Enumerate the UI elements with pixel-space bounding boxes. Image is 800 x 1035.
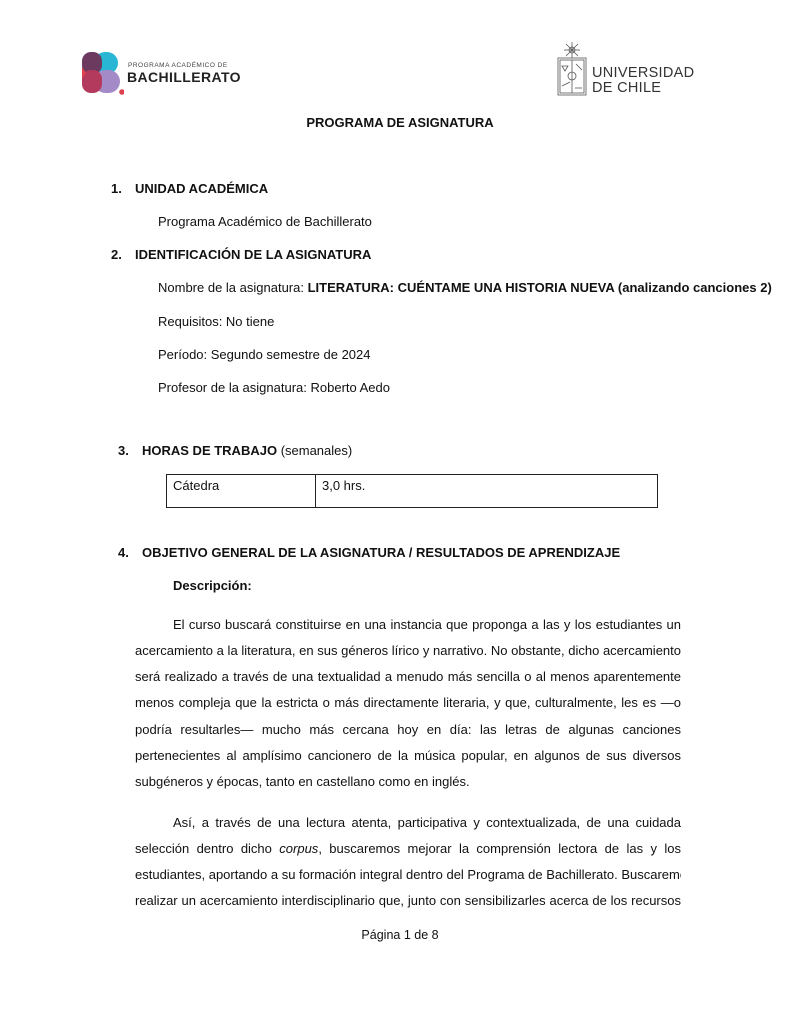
- table-row: Cátedra 3,0 hrs.: [167, 475, 658, 508]
- description-subheading: Descripción:: [173, 578, 252, 593]
- paragraph-1-line: subgéneros y épocas, tanto en castellano…: [135, 774, 681, 789]
- paragraph-1-line: acercamiento a la literatura, en sus gén…: [135, 643, 681, 658]
- universidad-de-chile-logo: UNIVERSIDAD DE CHILE: [556, 42, 696, 98]
- section-3-heading: HORAS DE TRABAJO (semanales): [142, 443, 352, 458]
- period-value: Segundo semestre de 2024: [211, 347, 371, 362]
- bachillerato-b-logo-icon: [80, 52, 124, 96]
- paragraph-2-line: Así, a través de una lectura atenta, par…: [173, 815, 681, 830]
- paragraph-1-line: menos compleja que la estricta o más dir…: [135, 695, 681, 710]
- work-hours-table: Cátedra 3,0 hrs.: [166, 474, 658, 508]
- field-course-name: Nombre de la asignatura: LITERATURA: CUÉ…: [158, 280, 772, 295]
- section-4-number: 4.: [118, 545, 129, 560]
- section-2-number: 2.: [111, 247, 122, 262]
- paragraph-2-line: selección dentro dicho corpus, buscaremo…: [135, 841, 681, 856]
- paragraph-2-text: selección dentro dicho: [135, 841, 279, 856]
- field-period: Período: Segundo semestre de 2024: [158, 347, 371, 362]
- field-label: Profesor de la asignatura:: [158, 380, 310, 395]
- section-2-heading: IDENTIFICACIÓN DE LA ASIGNATURA: [135, 247, 371, 262]
- paragraph-1-line: El curso buscará constituirse en una ins…: [173, 617, 681, 632]
- field-requirements: Requisitos: No tiene: [158, 314, 274, 329]
- section-3-heading-suffix: (semanales): [277, 443, 352, 458]
- university-name-line2: DE CHILE: [592, 81, 694, 96]
- academic-unit-value: Programa Académico de Bachillerato: [158, 214, 372, 229]
- bachillerato-logo: PROGRAMA ACADÉMICO DE BACHILLERATO: [80, 52, 250, 96]
- paragraph-1-line: será realizado a través de una textualid…: [135, 669, 681, 684]
- field-label: Nombre de la asignatura:: [158, 280, 308, 295]
- section-4-heading: OBJETIVO GENERAL DE LA ASIGNATURA / RESU…: [142, 545, 620, 560]
- corpus-italic: corpus: [279, 841, 318, 856]
- course-name-value: LITERATURA: CUÉNTAME UNA HISTORIA NUEVA …: [308, 280, 772, 295]
- hours-value-cell: 3,0 hrs.: [316, 475, 658, 508]
- university-crest-icon: [556, 42, 588, 97]
- logo-title: BACHILLERATO: [127, 69, 241, 85]
- section-1-heading: UNIDAD ACADÉMICA: [135, 181, 268, 196]
- field-professor: Profesor de la asignatura: Roberto Aedo: [158, 380, 390, 395]
- document-title: PROGRAMA DE ASIGNATURA: [0, 115, 800, 130]
- professor-value: Roberto Aedo: [310, 380, 390, 395]
- page-number: Página 1 de 8: [0, 928, 800, 942]
- paragraph-1-line: podría resultarles— mucho más cercana ho…: [135, 722, 681, 737]
- paragraph-1-line: pertenecientes al amplísimo cancionero d…: [135, 748, 681, 763]
- document-page: PROGRAMA ACADÉMICO DE BACHILLERATO UNIVE…: [0, 0, 800, 1035]
- paragraph-2-text: , buscaremos mejorar la comprensión lect…: [318, 841, 681, 856]
- university-name: UNIVERSIDAD DE CHILE: [592, 66, 694, 96]
- field-label: Período:: [158, 347, 211, 362]
- section-3-number: 3.: [118, 443, 129, 458]
- section-3-heading-main: HORAS DE TRABAJO: [142, 443, 277, 458]
- logo-subtitle: PROGRAMA ACADÉMICO DE: [128, 62, 228, 69]
- requirements-value: No tiene: [226, 314, 274, 329]
- section-1-number: 1.: [111, 181, 122, 196]
- paragraph-2-line: realizar un acercamiento interdisciplina…: [135, 893, 681, 908]
- university-name-line1: UNIVERSIDAD: [592, 66, 694, 81]
- paragraph-2-line: estudiantes, aportando a su formación in…: [135, 867, 681, 882]
- hours-label-cell: Cátedra: [167, 475, 316, 508]
- field-label: Requisitos:: [158, 314, 226, 329]
